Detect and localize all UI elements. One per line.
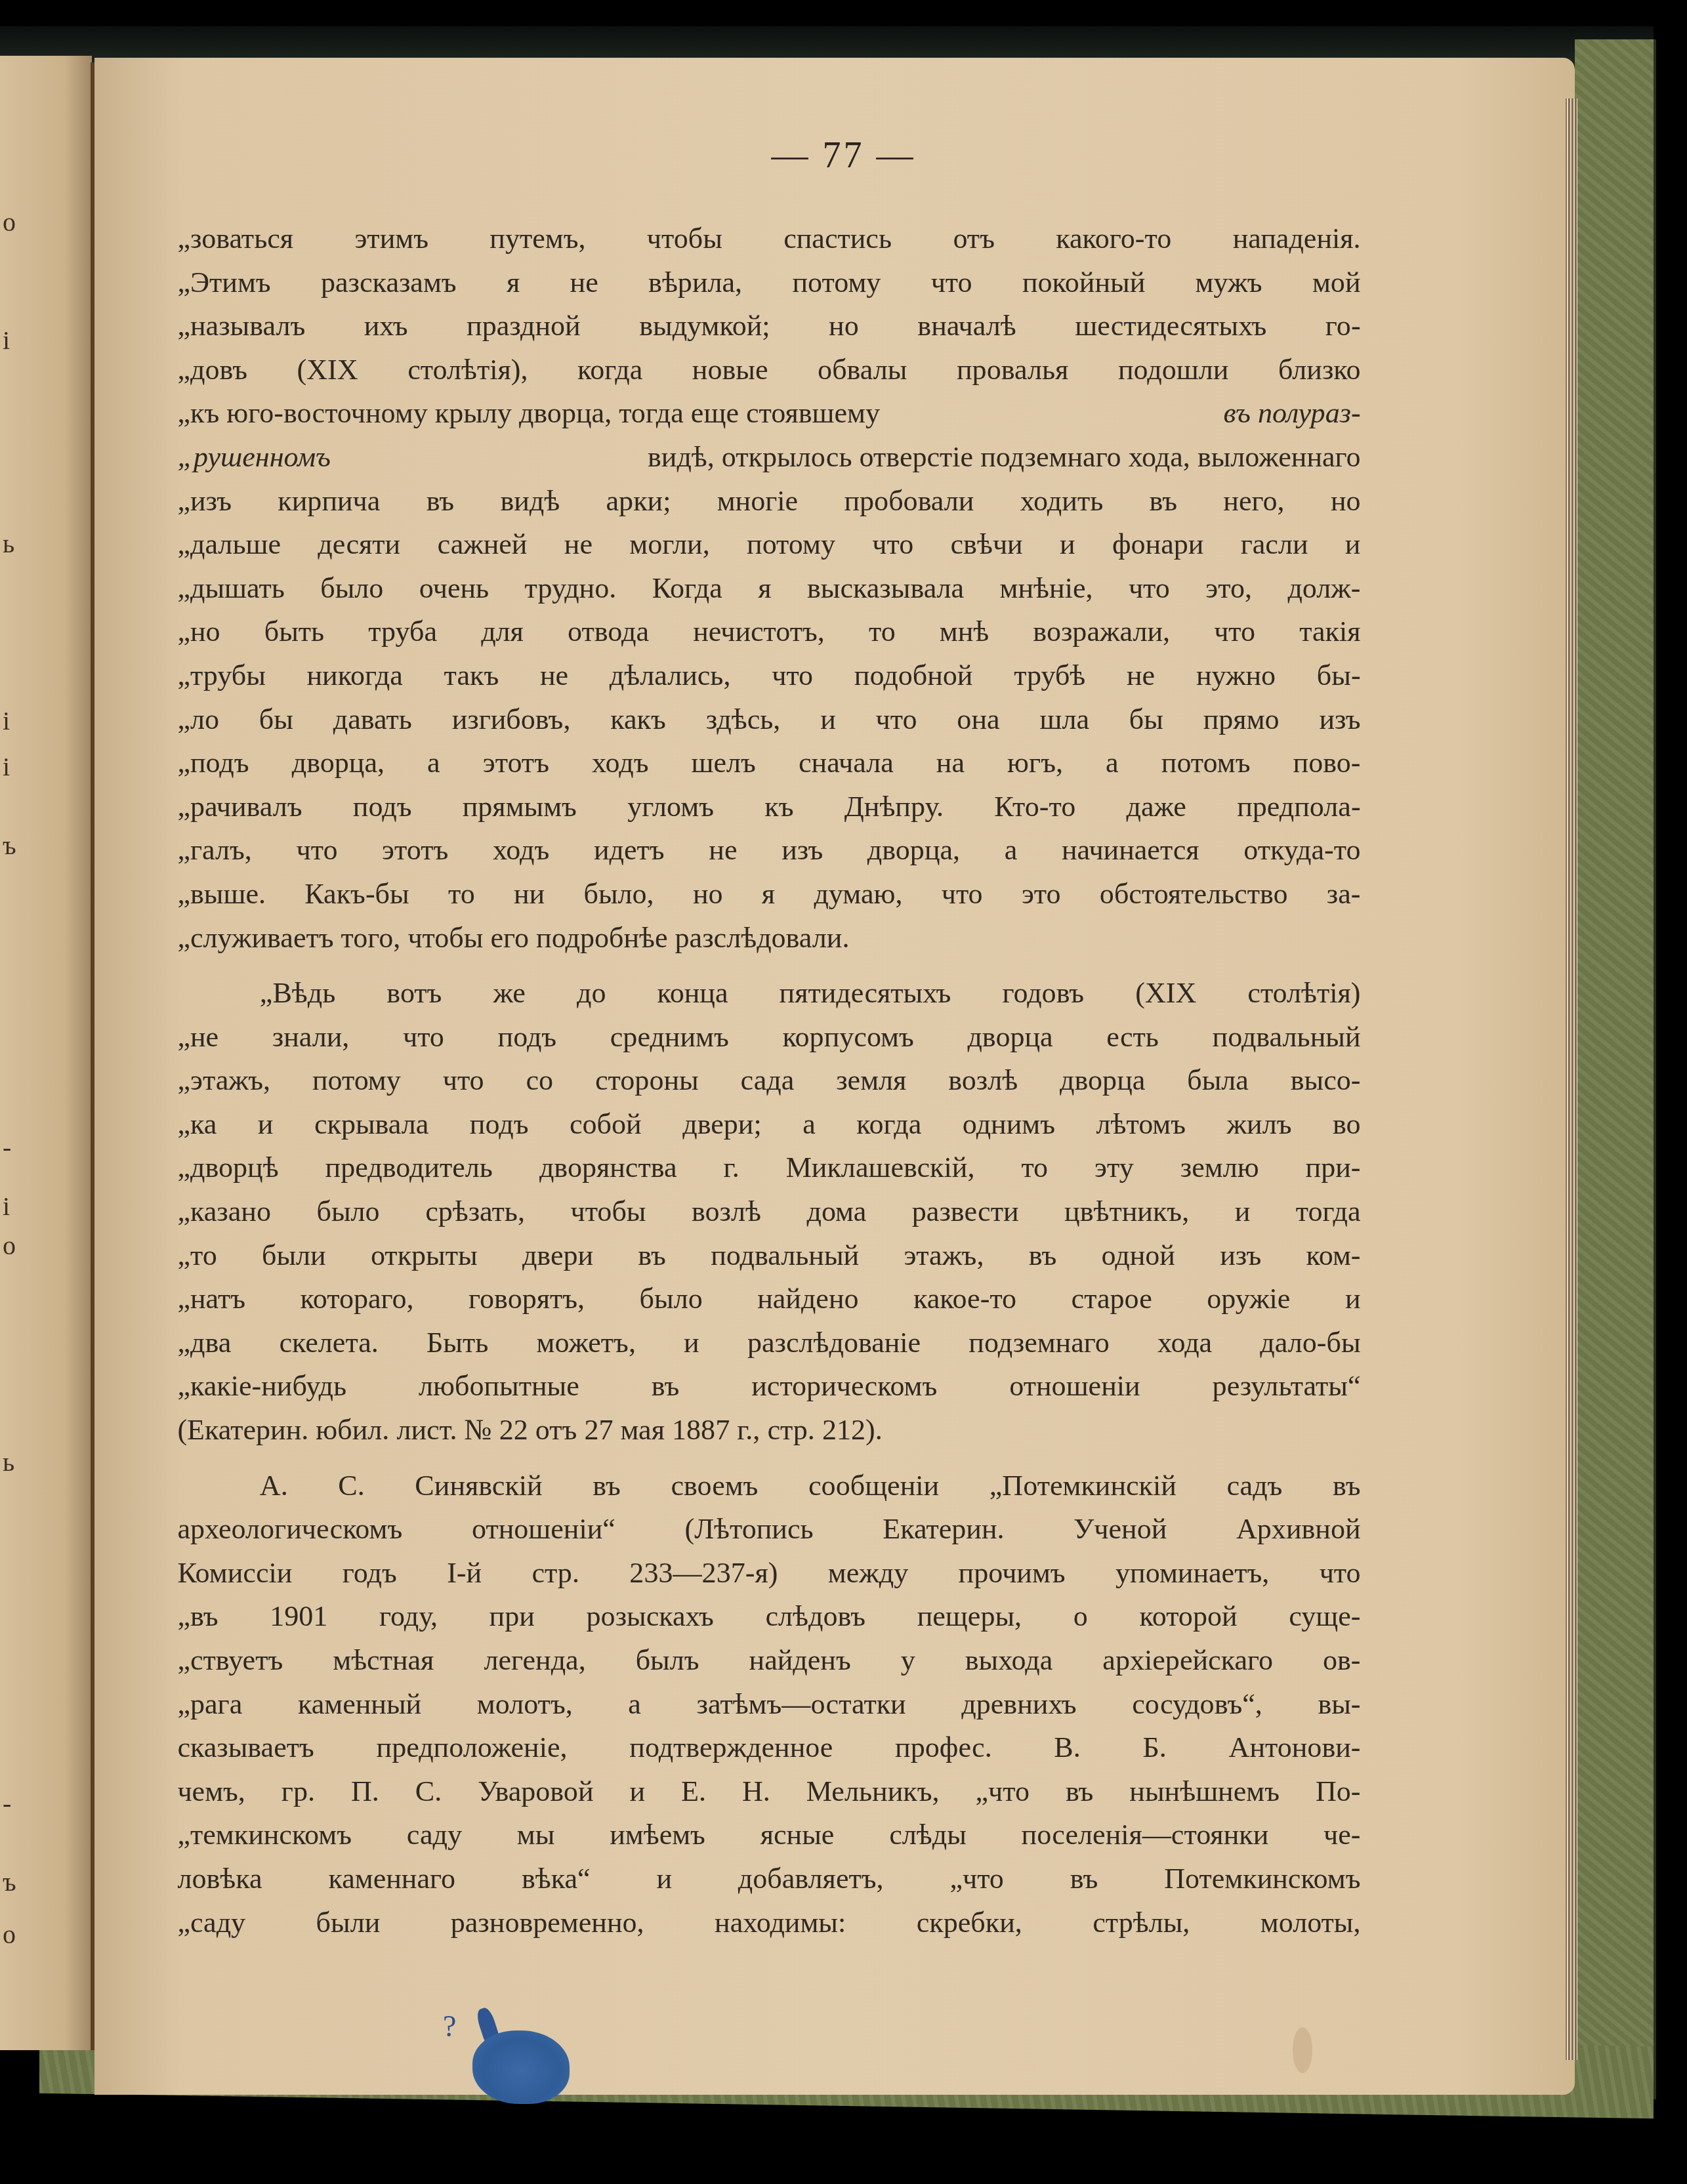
text-line: КомиссіигодъІ-йстр.233—237-я)междупрочим…: [177, 1551, 1360, 1595]
ink-mark-glyph: ?: [443, 2009, 456, 2044]
text-line: „темкинскомъсадумыимѣемъясныеслѣдыпоселе…: [177, 1813, 1360, 1857]
text-line: „дышатьбылооченьтрудно.Когдаявысказывала…: [177, 566, 1360, 610]
page-number: — 77 —: [0, 134, 1687, 176]
text-segment: видѣ, открылось отверстіе подземнаго ход…: [648, 435, 1361, 479]
text-line: „нобытьтрубадляотводанечистотъ,томнѣвозр…: [177, 609, 1360, 653]
text-line: „каискрывалаподъсобойдвери;акогдаоднимъл…: [177, 1102, 1360, 1146]
left-page-glyph: ь: [3, 1447, 14, 1477]
text-line: „рушенномъ видѣ, открылось отверстіе под…: [177, 435, 1360, 479]
text-line: „рагакаменныймолотъ,азатѣмъ—остаткидревн…: [177, 1682, 1360, 1726]
text-line: „довъ(XIXстолѣтія),когдановыеобвалыпрова…: [177, 348, 1360, 392]
left-page-glyph: о: [3, 1230, 16, 1261]
left-page-glyph: -: [3, 1788, 11, 1819]
page-stack-edges: [1566, 98, 1577, 2060]
text-line: чемъ,гр.П.С.УваровойиЕ.Н.Мельникъ,„чтовъ…: [177, 1769, 1360, 1813]
text-line: (Екатерин. юбил. лист. № 22 отъ 27 мая 1…: [177, 1408, 1360, 1452]
left-page-glyph: о: [3, 1919, 16, 1950]
left-page-glyph: ъ: [3, 1866, 16, 1897]
left-page-glyph: і: [3, 1191, 10, 1222]
paper-stain: [1293, 2027, 1312, 2073]
text-line: „дальшедесятисажнейнемогли,потомучтосвѣч…: [177, 522, 1360, 566]
text-line: „дваскелета.Бытьможетъ,иразслѣдованіепод…: [177, 1321, 1360, 1365]
left-page-glyph: о: [3, 207, 16, 237]
text-line: „называлъихъпразднойвыдумкой;новначалѣше…: [177, 304, 1360, 348]
text-line: „изъкирпичавъвидѣарки;многіепробовалиход…: [177, 479, 1360, 523]
text-line: „зоватьсяэтимъпутемъ,чтобыспастисьотъкак…: [177, 216, 1360, 260]
italic-segment: въ полураз-: [1223, 391, 1360, 435]
text-line: А.С.Синявскійвъсвоемъсообщеніи„Потемкинс…: [177, 1464, 1360, 1508]
italic-segment: „рушенномъ: [177, 435, 331, 479]
text-line: „ствуетъмѣстнаялегенда,былънайденъувыход…: [177, 1638, 1360, 1682]
text-line: „казанобылосрѣзать,чтобывозлѣдомаразвест…: [177, 1189, 1360, 1233]
left-page-glyph: і: [3, 325, 10, 356]
text-line: археологическомъотношеніи“(ЛѣтописьЕкате…: [177, 1507, 1360, 1551]
text-line: „къ юго-восточному крылу дворца, тогда е…: [177, 391, 1360, 435]
text-line: „подъдворца,аэтотъходъшелъсначаланаюгъ,а…: [177, 741, 1360, 785]
text-line: „этажъ,потомучтососторонысадаземлявозлѣд…: [177, 1058, 1360, 1102]
text-line: „какіе-нибудьлюбопытныевъисторическомъот…: [177, 1364, 1360, 1408]
body-text: „зоватьсяэтимъпутемъ,чтобыспастисьотъкак…: [177, 216, 1360, 1944]
left-page-edge: о і ь і і ъ - і о ь - ъ о: [0, 56, 92, 2050]
text-line: „тобылиоткрытыдверивъподвальныйэтажъ,въо…: [177, 1233, 1360, 1277]
text-line: „выше.Какъ-бытонибыло,ноядумаю,чтоэтообс…: [177, 872, 1360, 916]
left-page-glyph: і: [3, 751, 10, 782]
text-segment: „къ юго-восточному крылу дворца, тогда е…: [177, 391, 880, 435]
left-page-glyph: ъ: [3, 830, 16, 861]
text-line: „въ1901году,прирозыскахъслѣдовъпещеры,ок…: [177, 1594, 1360, 1638]
text-line: „галъ,чтоэтотъходъидетънеизъдворца,аначи…: [177, 828, 1360, 872]
text-line: „трубыникогдатакънедѣлались,чтоподобнойт…: [177, 653, 1360, 697]
text-line: „служиваетъ того, чтобы его подробнѣе ра…: [177, 916, 1360, 960]
left-page-glyph: і: [3, 705, 10, 736]
text-line: „Вѣдьвотъжедоконцапятидесятыхъгодовъ(XIX…: [177, 971, 1360, 1015]
left-page-glyph: ь: [3, 528, 14, 559]
left-page-glyph: -: [3, 1132, 11, 1163]
text-line: „дворцѣпредводительдворянстваг.Миклашевс…: [177, 1145, 1360, 1189]
text-line: ловѣкакаменнаговѣка“идобавляетъ,„чтовъПо…: [177, 1857, 1360, 1901]
text-line: сказываетъпредположеніе,подтвержденноепр…: [177, 1725, 1360, 1769]
text-line: „незнали,чтоподъсреднимъкорпусомъдворцае…: [177, 1015, 1360, 1059]
text-line: „лобыдаватьизгибовъ,какъздѣсь,ичтоонашла…: [177, 697, 1360, 741]
book-cover-right-edge: [1575, 39, 1656, 2099]
text-line: „натъкотораго,говорятъ,былонайденокакое-…: [177, 1277, 1360, 1321]
ink-blot: [472, 2030, 570, 2104]
text-line: „садубылиразновременно,находимы:скребки,…: [177, 1901, 1360, 1945]
text-line: „рачивалъподъпрямымъугломъкъДнѣпру.Кто-т…: [177, 785, 1360, 829]
text-line: „Этимъразсказамъяневѣрила,потомучтопокой…: [177, 260, 1360, 304]
